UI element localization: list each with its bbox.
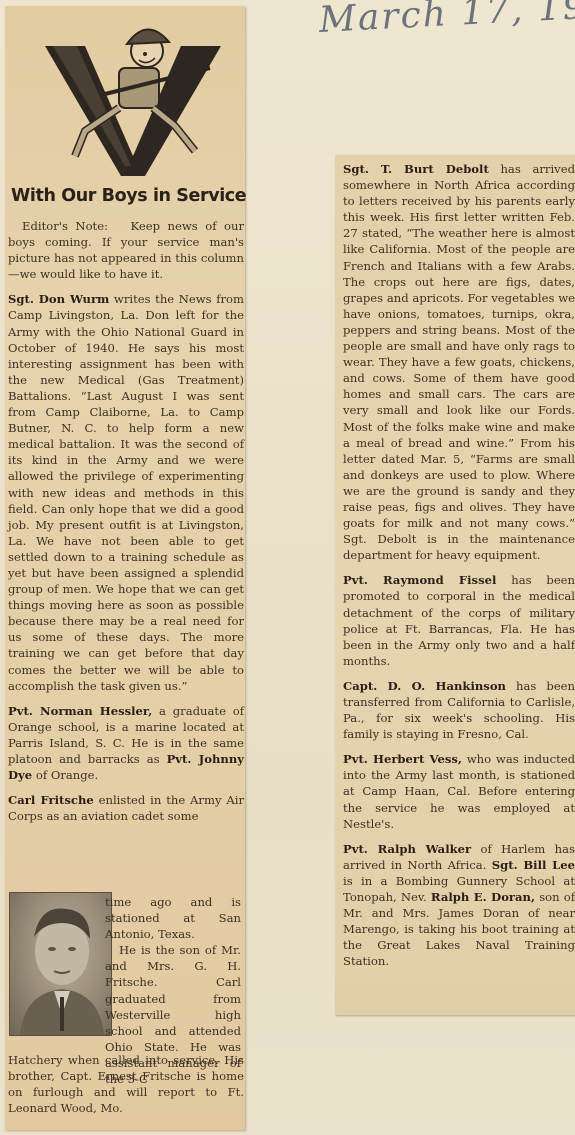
news-item-text: writes the News from Camp Livingston, La… — [8, 292, 244, 692]
news-item-fritsche: Carl Fritsche enlisted in the Army Air C… — [8, 792, 244, 824]
news-item-text: time ago and is stationed at San Antonio… — [105, 894, 241, 942]
serviceman-name: Sgt. Bill Lee — [492, 858, 575, 872]
news-item-text: has arrived somewhere in North Africa ac… — [343, 162, 575, 562]
serviceman-name: Pvt. Herbert Vess, — [343, 752, 462, 766]
editors-note: Editor's Note: Keep news of our boys com… — [8, 218, 244, 282]
serviceman-name: Carl Fritsche — [8, 793, 94, 807]
handwritten-date: March 17, 194 — [318, 0, 575, 50]
editors-note-label: Editor's Note: — [22, 219, 108, 233]
news-item-hankinson: Capt. D. O. Hankinson has been transferr… — [343, 678, 575, 742]
photo-after-text: Hatchery when called into service. His b… — [8, 1052, 244, 1125]
serviceman-name: Sgt. Don Wurm — [8, 292, 109, 306]
serviceman-name: Capt. D. O. Hankinson — [343, 679, 506, 693]
news-item-text: of Orange. — [36, 768, 98, 782]
serviceman-name: Pvt. Raymond Fissel — [343, 573, 496, 587]
news-item-text: has been promoted to corporal in the med… — [343, 573, 575, 667]
left-column-text: Editor's Note: Keep news of our boys com… — [8, 218, 244, 824]
news-item-vess: Pvt. Herbert Vess, who was inducted into… — [343, 751, 575, 831]
column-title: With Our Boys in Service — [11, 186, 243, 206]
news-item-wurm: Sgt. Don Wurm writes the News from Camp … — [8, 291, 244, 693]
news-item-debolt: Sgt. T. Burt Debolt has arrived somewher… — [343, 161, 575, 563]
v-soldier-emblem-icon — [35, 16, 225, 181]
serviceman-name: Pvt. Norman Hessler, — [8, 704, 152, 718]
news-item-fissel: Pvt. Raymond Fissel has been promoted to… — [343, 572, 575, 669]
portrait-icon — [10, 893, 111, 1035]
serviceman-photo — [9, 892, 112, 1036]
serviceman-name: Ralph E. Doran, — [431, 890, 535, 904]
serviceman-name: Sgt. T. Burt Debolt — [343, 162, 489, 176]
newspaper-clipping-left: With Our Boys in Service Editor's Note: … — [5, 6, 245, 1130]
news-item-walker-lee-doran: Pvt. Ralph Walker of Harlem has arrived … — [343, 841, 575, 970]
right-column-text: Sgt. T. Burt Debolt has arrived somewher… — [343, 161, 575, 979]
serviceman-name: Pvt. Ralph Walker — [343, 842, 471, 856]
news-item-hessler: Pvt. Norman Hessler, a graduate of Orang… — [8, 703, 244, 783]
newspaper-clipping-right: Sgt. T. Burt Debolt has arrived somewher… — [335, 155, 575, 1015]
news-item-text: Hatchery when called into service. His b… — [8, 1052, 244, 1116]
